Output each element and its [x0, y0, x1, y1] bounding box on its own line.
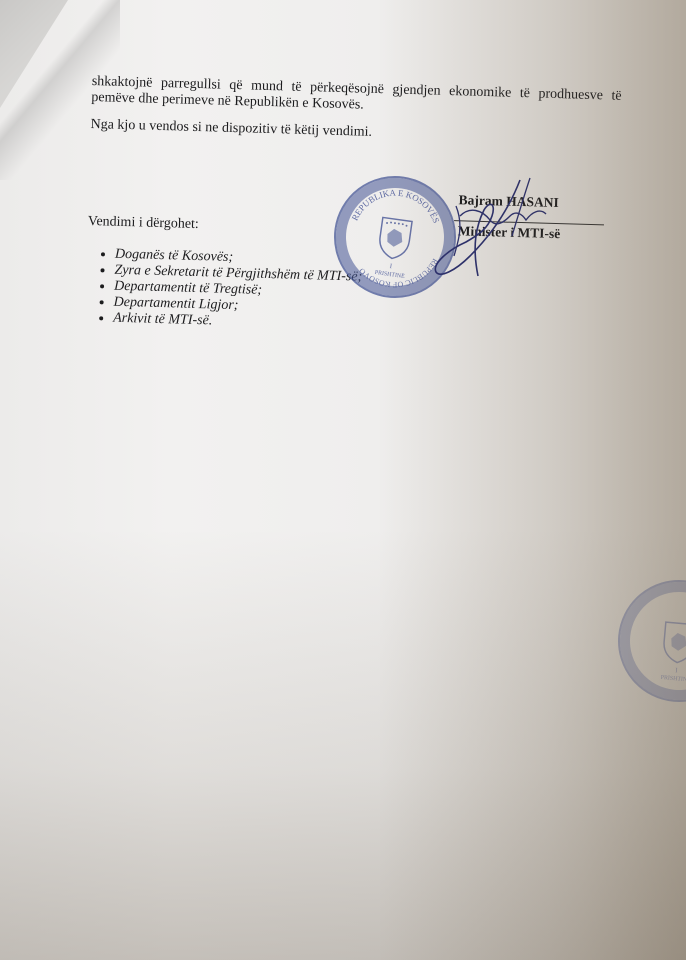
- svg-text:I: I: [389, 263, 393, 270]
- document-page: shkaktojnë parregullsi që mund të përkeq…: [0, 0, 686, 960]
- svg-text:PRISHTINË: PRISHTINË: [660, 674, 686, 684]
- recipients-list: Doganës të Kosovës; Zyra e Sekretarit të…: [99, 246, 363, 333]
- document-body: shkaktojnë parregullsi që mund të përkeq…: [90, 74, 621, 148]
- stamp-emblem-icon: I PRISHTINË: [615, 577, 686, 705]
- folded-page-corner: [0, 0, 80, 140]
- recipients-label: Vendimi i dërgohet:: [88, 214, 199, 233]
- paragraph-line: Nga kjo u vendos si ne dispozitiv të kët…: [90, 117, 372, 140]
- svg-text:I: I: [675, 667, 679, 674]
- handwritten-signature-icon: [400, 176, 550, 286]
- faded-stamp-impression: I PRISHTINË: [613, 575, 686, 707]
- paragraph-decision: Nga kjo u vendos si ne dispozitiv të kët…: [90, 117, 620, 148]
- paragraph-conclusion: shkaktojnë parregullsi që mund të përkeq…: [91, 74, 622, 121]
